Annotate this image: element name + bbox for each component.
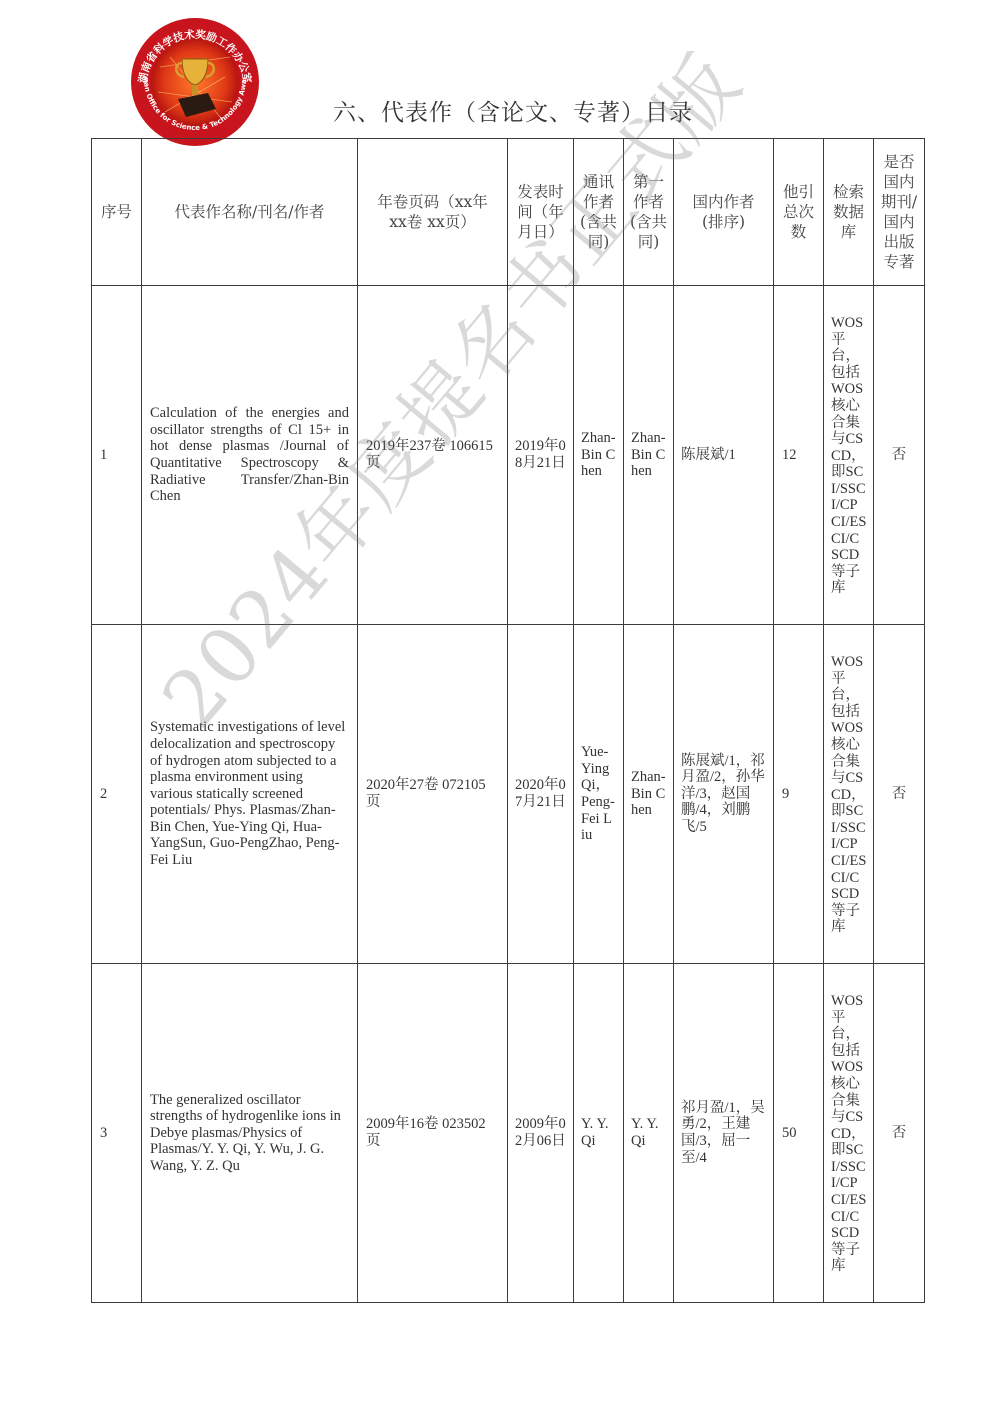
- table-row: 2 Systematic investigations of level del…: [92, 625, 925, 964]
- cell-domestic: 否: [874, 286, 925, 625]
- cell-seq: 1: [92, 286, 142, 625]
- cell-corresponding: Yue-Ying Qi，Peng-Fei Liu: [574, 625, 624, 964]
- cell-seq: 3: [92, 964, 142, 1303]
- cell-date: 2019年08月21日: [508, 286, 574, 625]
- header-seq: 序号: [92, 139, 142, 286]
- cell-volume: 2019年237卷 106615页: [358, 286, 508, 625]
- cell-date: 2009年02月06日: [508, 964, 574, 1303]
- header-database: 检索数据库: [824, 139, 874, 286]
- table-row: 1 Calculation of the energies and oscill…: [92, 286, 925, 625]
- cell-title: The generalized oscillator strengths of …: [142, 964, 358, 1303]
- cell-domestic: 否: [874, 625, 925, 964]
- cell-volume: 2020年27卷 072105页: [358, 625, 508, 964]
- cell-volume: 2009年16卷 023502页: [358, 964, 508, 1303]
- cell-corresponding: Y. Y. Qi: [574, 964, 624, 1303]
- page-title: 六、代表作（含论文、专著）目录: [333, 94, 693, 127]
- cell-citations: 9: [774, 625, 824, 964]
- table-header-row: 序号 代表作名称/刊名/作者 年卷页码（xx年xx卷 xx页） 发表时间（年月日…: [92, 139, 925, 286]
- cell-domestic-authors: 陈展斌/1，祁月盈/2，孙华洋/3，赵国鹏/4，刘鹏飞/5: [674, 625, 774, 964]
- cell-database: WOS平台，包括WOS核心合集与CSCD，即SCI/SSCI/CPCI/ESCI…: [824, 286, 874, 625]
- header-domestic: 是否国内期刊/国内出版专著: [874, 139, 925, 286]
- cell-date: 2020年07月21日: [508, 625, 574, 964]
- cell-citations: 12: [774, 286, 824, 625]
- cell-title: Calculation of the energies and oscillat…: [142, 286, 358, 625]
- header-corresponding: 通讯作者(含共同): [574, 139, 624, 286]
- cell-domestic-authors: 祁月盈/1，吴勇/2，王建国/3，屈一至/4: [674, 964, 774, 1303]
- cell-citations: 50: [774, 964, 824, 1303]
- award-logo: 湖南省科学技术奖励工作办公室 Hunan Office for Science …: [130, 17, 260, 147]
- header-citations: 他引总次数: [774, 139, 824, 286]
- cell-database: WOS平台，包括WOS核心合集与CSCD，即SCI/SSCI/CPCI/ESCI…: [824, 964, 874, 1303]
- cell-title: Systematic investigations of level deloc…: [142, 625, 358, 964]
- table-row: 3 The generalized oscillator strengths o…: [92, 964, 925, 1303]
- cell-corresponding: Zhan-Bin Chen: [574, 286, 624, 625]
- header-first-author: 第一作者(含共同): [624, 139, 674, 286]
- representative-works-table: 序号 代表作名称/刊名/作者 年卷页码（xx年xx卷 xx页） 发表时间（年月日…: [91, 138, 925, 1303]
- header-date: 发表时间（年月日）: [508, 139, 574, 286]
- cell-domestic-authors: 陈展斌/1: [674, 286, 774, 625]
- header-volume: 年卷页码（xx年xx卷 xx页）: [358, 139, 508, 286]
- cell-seq: 2: [92, 625, 142, 964]
- cell-first-author: Y. Y. Qi: [624, 964, 674, 1303]
- cell-first-author: Zhan-Bin Chen: [624, 286, 674, 625]
- cell-first-author: Zhan-Bin Chen: [624, 625, 674, 964]
- header-title: 代表作名称/刊名/作者: [142, 139, 358, 286]
- cell-database: WOS平台，包括WOS核心合集与CSCD，即SCI/SSCI/CPCI/ESCI…: [824, 625, 874, 964]
- header-domestic-authors: 国内作者(排序): [674, 139, 774, 286]
- cell-domestic: 否: [874, 964, 925, 1303]
